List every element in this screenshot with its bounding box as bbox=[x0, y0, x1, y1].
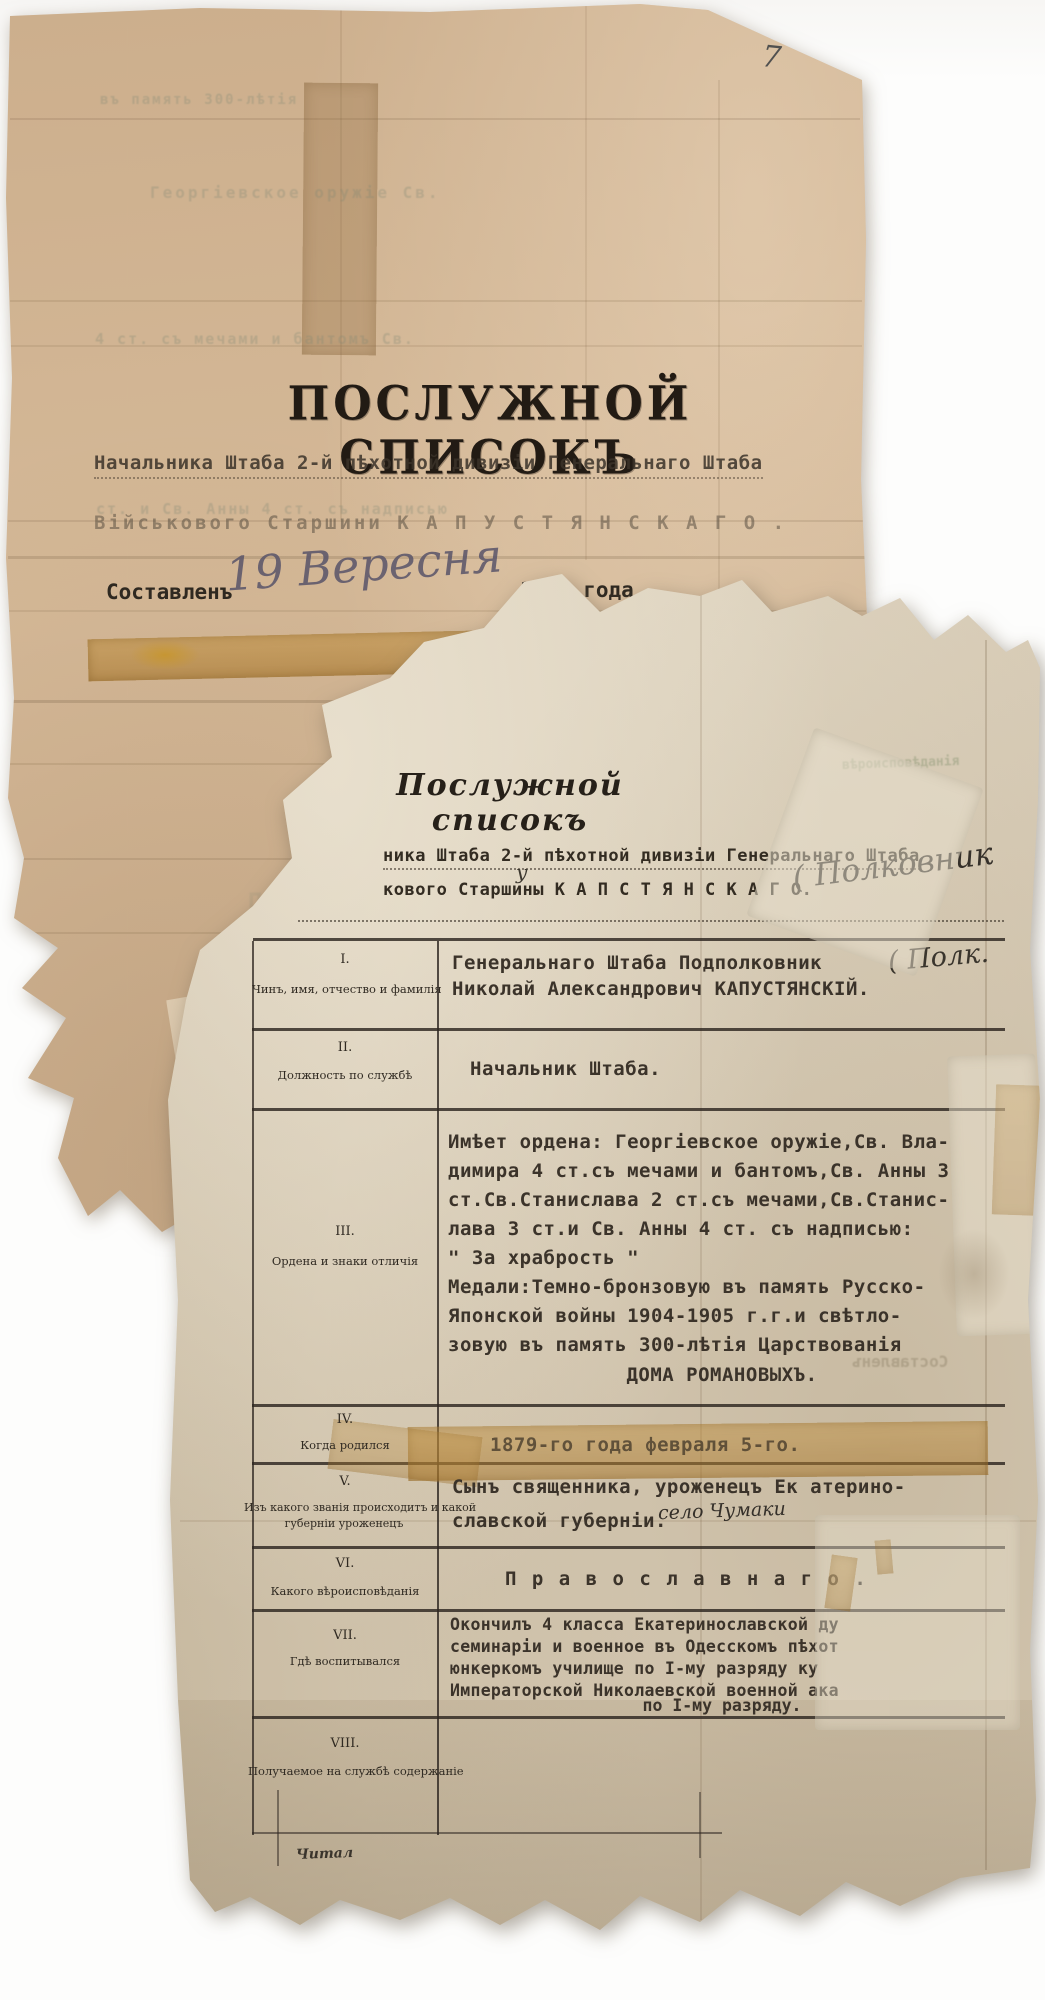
row-label: Когда родился bbox=[252, 1438, 438, 1452]
row-numeral: I. bbox=[260, 952, 430, 967]
row-value-centered: ДОМА РОМАНОВЫХЪ. bbox=[452, 1364, 992, 1386]
row-value: Генеральнаго Штаба ПодполковникНиколай А… bbox=[452, 950, 870, 1002]
tape-strip-fragment bbox=[992, 1084, 1041, 1215]
table-row-border bbox=[252, 1108, 1005, 1111]
document-front-paper: вѣроисповѣданія Составленъ Послужной спи… bbox=[0, 0, 1045, 2000]
row-label: Должность по службѣ bbox=[252, 1068, 438, 1082]
row-label: Изъ какого званія происходитъ и какойгуб… bbox=[244, 1500, 444, 1532]
table-row-border bbox=[252, 1028, 1005, 1031]
form-title: Послужной списокъ bbox=[340, 768, 680, 838]
table-row-border bbox=[252, 1404, 1005, 1407]
handwritten-note: село Чумаки bbox=[658, 1498, 787, 1524]
row-numeral: III. bbox=[260, 1224, 430, 1239]
row-numeral: V. bbox=[260, 1474, 430, 1489]
row-numeral: VIII. bbox=[260, 1736, 430, 1751]
scanned-documents-page: въ память 300-лѣтія Георгіевское оружіе … bbox=[0, 0, 1045, 2000]
handwritten-insertion: у bbox=[516, 860, 528, 884]
form-subtitle-line-2: кового Старшины К А П С Т Я Н С К А Г О. bbox=[383, 880, 812, 900]
row-value: П р а в о с л а в н а г о . bbox=[505, 1568, 868, 1590]
row-label: Получаемое на службѣ содержаніе bbox=[248, 1764, 440, 1778]
footer-read-mark: Читал bbox=[296, 1845, 354, 1863]
row-label: Гдѣ воспитывался bbox=[252, 1654, 438, 1668]
row-label: Ордена и знаки отличія bbox=[252, 1254, 438, 1268]
row-numeral: II. bbox=[260, 1040, 430, 1055]
row-label: Чинъ, имя, отчество и фамилія bbox=[252, 982, 438, 996]
row-label: Какого вѣроисповѣданія bbox=[252, 1584, 438, 1598]
document-front-wrapper: вѣроисповѣданія Составленъ Послужной спи… bbox=[0, 0, 1045, 2000]
row-numeral: IV. bbox=[260, 1412, 430, 1427]
tape-stain bbox=[875, 1539, 894, 1574]
row-value: Имѣет ордена: Георгіевское оружіе,Св. Вл… bbox=[448, 1128, 949, 1360]
row-numeral: VII. bbox=[260, 1628, 430, 1643]
row-value: Начальник Штаба. bbox=[470, 1058, 661, 1080]
row-value: 1879-го года февраля 5-го. bbox=[490, 1434, 800, 1456]
tape-patch bbox=[815, 1515, 1020, 1730]
table-row-border bbox=[252, 1832, 722, 1834]
row-value: Окончилъ 4 класса Екатеринославской дусе… bbox=[450, 1614, 839, 1702]
paper-stain bbox=[938, 1228, 1010, 1320]
crease-dark-stroke bbox=[277, 1790, 279, 1866]
crease-dark-stroke bbox=[699, 1792, 701, 1858]
row-numeral: VI. bbox=[260, 1556, 430, 1571]
